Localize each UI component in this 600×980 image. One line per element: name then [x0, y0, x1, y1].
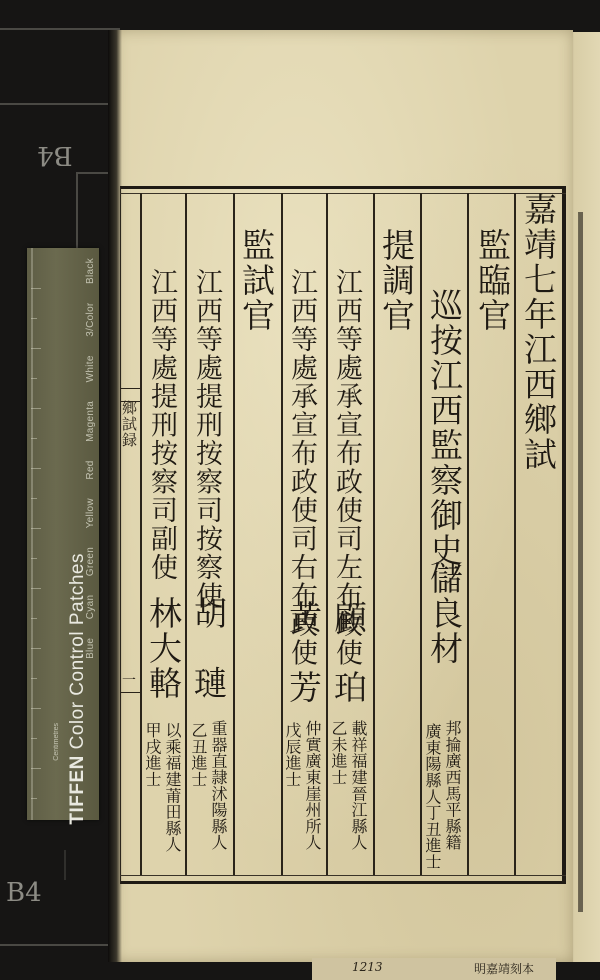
shelf-mark-bottom: B4 [6, 878, 42, 908]
official-note: 廣東陽縣人丁丑進士 [424, 723, 441, 870]
copy-stand-line [0, 103, 120, 105]
banxin-title: 鄉試録 [118, 400, 140, 448]
border-inner-line [120, 875, 566, 876]
banxin-rule [120, 692, 140, 693]
banxin-page-number: 一 [122, 670, 136, 690]
column-rule [420, 193, 422, 875]
official-name: 儲良材 [424, 561, 464, 666]
role-heading: 監試官 [236, 228, 276, 333]
official-name: 黄 芳 [283, 600, 323, 705]
official-title: 江西等處提刑按察司副使 [145, 268, 178, 582]
shelf-mark-top: B4 [37, 140, 73, 170]
catalog-label: 明嘉靖刻本 [474, 960, 534, 977]
page-title: 嘉靖七年江西鄉試 [518, 192, 558, 472]
column-rule [373, 193, 375, 875]
official-note: 甲戌進士 [144, 722, 161, 787]
column-rule [140, 193, 142, 875]
column-rule [514, 193, 516, 875]
ruler-edge [31, 248, 33, 820]
column-rule [326, 193, 328, 875]
copy-stand-line [0, 944, 112, 946]
column-rule [467, 193, 469, 875]
official-note: 戊辰進士 [284, 722, 301, 787]
copy-stand-line [0, 28, 120, 30]
color-control-strip: TIFFEN Color Control Patches Blue Cyan G… [27, 248, 99, 820]
catalog-tag: 1213 明嘉靖刻本 [312, 958, 556, 980]
role-heading: 提調官 [376, 228, 416, 333]
official-note: 重器直隷沭陽縣人 [210, 720, 227, 850]
column-rule [185, 193, 187, 875]
patch-labels: Blue Cyan Green Yellow Red Magenta White… [85, 258, 96, 659]
official-title: 江西等處提刑按察司按察使 [190, 268, 223, 610]
official-note: 載祥福建晉江縣人 [350, 720, 367, 850]
official-note: 以乘福建莆田縣人 [164, 722, 181, 852]
official-note: 邦掄廣西馬平縣籍 [444, 720, 461, 850]
role-heading: 監臨官 [472, 228, 512, 333]
catalog-number: 1213 [352, 960, 383, 974]
official-name: 胡 璉 [188, 596, 228, 701]
official-title: 巡按江西監察御史 [424, 288, 464, 568]
copy-stand-line [76, 172, 78, 252]
copy-stand-line [64, 850, 66, 880]
centimetres-label: Centimetres [53, 723, 60, 761]
official-note: 乙丑進士 [190, 722, 207, 787]
official-name: 顧 珀 [328, 600, 368, 705]
official-note: 乙未進士 [330, 720, 347, 785]
column-rule [233, 193, 235, 875]
official-note: 仲實廣東崖州所人 [304, 720, 321, 850]
official-name: 林大輅 [143, 596, 183, 701]
